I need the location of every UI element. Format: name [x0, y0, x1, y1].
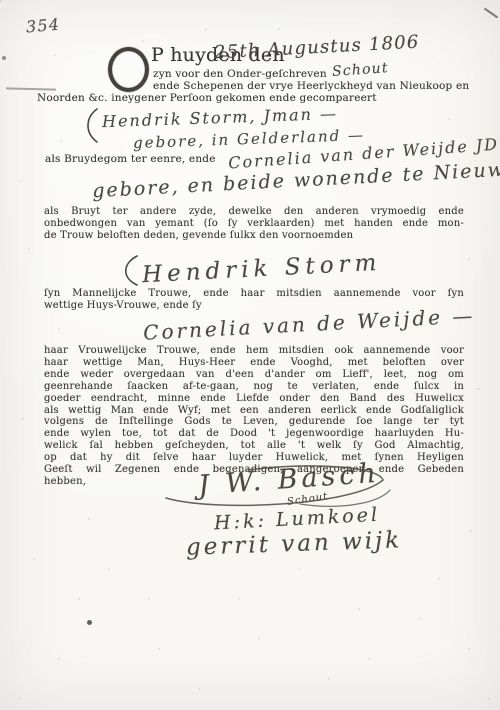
ink-flourish-groom-signature [118, 254, 140, 288]
paragraph-line: haar wettige Man, Huys-Heer ende Vooghd,… [44, 357, 464, 369]
paragraph-line: ende weder overgedaan van d'een d'ander … [44, 369, 464, 381]
paragraph-line: als wettig Man ende Wyf; met een anderen… [44, 405, 464, 417]
ink-flourish-groom-entry [82, 106, 100, 146]
heading-line2-handwritten: Schout [332, 60, 390, 80]
heading-line4-printed: Noorden &c. ineygener Perſoon gekomen en… [37, 92, 377, 104]
heading-line3-printed: ende Schepenen der vrye Heerlyckheyd van… [153, 80, 469, 92]
folio-number: 354 [25, 15, 61, 37]
document-page: 354 P huyden den 25th Augustus 1806 zyn … [0, 0, 500, 710]
groom-signature: Hendrik Storm [141, 250, 382, 288]
paragraph-line: als Bruyt ter andere zyde, dewelke den a… [44, 206, 464, 218]
ink-speck [2, 56, 6, 60]
paragraph-line: welick ſal hebben geſcheyden, tot alle '… [44, 440, 464, 452]
paragraph-line: onbedwongen van yemant (ſo ſy verklaarde… [44, 218, 464, 230]
opening-date-handwritten: 25th Augustus 1806 [214, 32, 420, 64]
vow-paragraph-1: als Bruyt ter andere zyde, dewelke den a… [44, 206, 464, 242]
paragraph-line: ſyn Mannelijcke Trouwe, ende haar mitsdi… [44, 288, 464, 300]
edge-mark-top-right [484, 8, 498, 19]
drop-cap-o [108, 47, 149, 92]
pencil-mark [6, 87, 56, 90]
scan-noise-layer [0, 0, 2, 2]
ink-speck [87, 620, 92, 625]
heading-line2-printed: zyn voor den Onder-geſchreven [153, 68, 327, 80]
paragraph-line: geenrehande ſaacken af-te-gaan, nog te v… [44, 381, 464, 393]
paragraph-line: goeder eendracht, minne ende Liefde onde… [44, 393, 464, 405]
paragraph-line: volgens de Inſtellinge Gods te Leven, ge… [44, 416, 464, 428]
bridegroom-label-printed: als Bruydegom ter eenre, ende [45, 153, 216, 165]
groom-entry-handwritten: Hendrik Storm, Jman — [102, 104, 339, 131]
paragraph-line: ende wylen toe, tot dat de Dood 't jegen… [44, 428, 464, 440]
paragraph-line: de Trouw beloften deden, gevende ſulkx d… [44, 230, 464, 242]
paragraph-line: haar Vrouwelijcke Trouwe, ende hem mitsd… [44, 345, 464, 357]
